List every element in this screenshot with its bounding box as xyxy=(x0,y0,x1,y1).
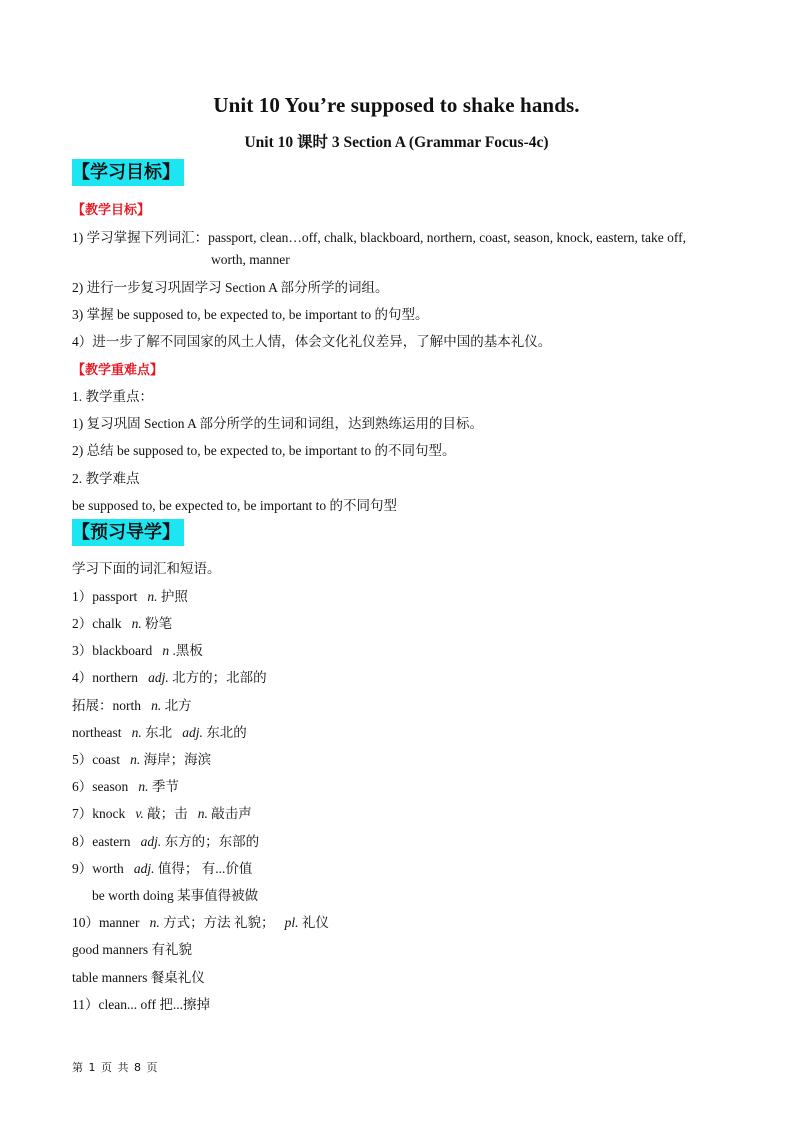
vocab-word: coast xyxy=(92,752,120,767)
vocab-item: 拓展：north n. 北方 xyxy=(72,694,192,714)
vocab-pos: adj. xyxy=(148,670,169,685)
vocab-pos-2: n. xyxy=(198,806,208,821)
vocab-item: 6）season n. 季节 xyxy=(72,775,179,795)
vocab-item: northeast n. 东北 adj. 东北的 xyxy=(72,721,247,741)
vocab-meaning: 护照 xyxy=(161,589,188,604)
vocab-meaning: 东北 xyxy=(145,725,172,740)
vocab-word: eastern xyxy=(92,834,130,849)
vocab-item: 4）northern adj. 北方的；北部的 xyxy=(72,666,267,686)
goal-item-4: 4）进一步了解不同国家的风土人情，体会文化礼仪差异，了解中国的基本礼仪。 xyxy=(72,330,551,350)
vocab-pos: v. xyxy=(135,806,143,821)
vocab-number: 2） xyxy=(72,616,92,631)
page-footer: 第 1 页 共 8 页 xyxy=(72,1059,158,1075)
key-point-4: 2. 教学难点 xyxy=(72,467,140,487)
vocab-word: north xyxy=(113,698,142,713)
vocab-number: 9） xyxy=(72,861,92,876)
vocab-item: be worth doing 某事值得被做 xyxy=(92,884,258,904)
vocab-meaning: 东方的；东部的 xyxy=(165,834,260,849)
vocab-item: 3）blackboard n .黑板 xyxy=(72,639,203,659)
vocab-meaning: 季节 xyxy=(152,779,179,794)
vocab-pos: n. xyxy=(150,915,160,930)
vocab-meaning: 某事值得被做 xyxy=(177,888,258,903)
vocab-pos: n. xyxy=(151,698,161,713)
document-subtitle: Unit 10 课时 3 Section A (Grammar Focus-4c… xyxy=(0,130,793,152)
vocab-pos: n. xyxy=(130,752,140,767)
vocab-word: worth xyxy=(92,861,124,876)
vocab-meaning: 敲；击 xyxy=(147,806,188,821)
vocab-number: 5） xyxy=(72,752,92,767)
vocab-item: table manners 餐桌礼仪 xyxy=(72,966,205,986)
vocab-word: knock xyxy=(92,806,125,821)
vocab-meaning: 北方的；北部的 xyxy=(172,670,267,685)
vocab-word: manner xyxy=(99,915,139,930)
document-title: Unit 10 You’re supposed to shake hands. xyxy=(0,93,793,118)
goal-item-1: 1) 学习掌握下列词汇：passport, clean…off, chalk, … xyxy=(72,226,686,246)
vocab-word: be worth doing xyxy=(92,888,174,903)
vocab-pos: adj. xyxy=(134,861,155,876)
vocab-meaning: 海岸；海滨 xyxy=(144,752,212,767)
document-page: Unit 10 You’re supposed to shake hands. … xyxy=(0,0,793,1122)
vocab-meaning: 北方 xyxy=(165,698,192,713)
key-point-1: 1. 教学重点： xyxy=(72,385,153,405)
vocab-word: northern xyxy=(92,670,138,685)
vocab-word: season xyxy=(92,779,128,794)
section-heading-learning-goals: 【学习目标】 xyxy=(72,159,184,186)
vocab-meaning: 方式；方法 礼貌； xyxy=(163,915,274,930)
vocab-item: 5）coast n. 海岸；海滨 xyxy=(72,748,211,768)
vocab-meaning-2: 礼仪 xyxy=(302,915,329,930)
section-heading-preview: 【预习导学】 xyxy=(72,519,184,546)
vocab-number: 7） xyxy=(72,806,92,821)
vocab-item: 7）knock v. 敲；击 n. 敲击声 xyxy=(72,802,252,822)
vocab-meaning-2: 敲击声 xyxy=(211,806,252,821)
vocab-number: 3） xyxy=(72,643,92,658)
vocab-word: clean... off xyxy=(99,997,156,1012)
vocab-meaning: 餐桌礼仪 xyxy=(151,970,205,985)
vocab-pos: n. xyxy=(147,589,157,604)
vocab-pos-2: pl. xyxy=(285,915,299,930)
key-point-2: 1) 复习巩固 Section A 部分所学的生词和词组，达到熟练运用的目标。 xyxy=(72,412,483,432)
vocab-number: 6） xyxy=(72,779,92,794)
vocab-meaning: 把...擦掉 xyxy=(159,997,210,1012)
vocab-item: 2）chalk n. 粉笔 xyxy=(72,612,172,632)
vocab-meaning: 粉笔 xyxy=(145,616,172,631)
vocab-item: 8）eastern adj. 东方的；东部的 xyxy=(72,830,259,850)
goal-item-3: 3) 掌握 be supposed to, be expected to, be… xyxy=(72,303,429,323)
vocab-meaning: .黑板 xyxy=(172,643,202,658)
vocab-word: passport xyxy=(92,589,137,604)
vocab-item: 9）worth adj. 值得； 有...价值 xyxy=(72,857,252,877)
vocab-word: northeast xyxy=(72,725,122,740)
vocab-item: 11）clean... off 把...擦掉 xyxy=(72,993,210,1013)
vocab-number: 11） xyxy=(72,997,99,1012)
vocab-number: 10） xyxy=(72,915,99,930)
vocab-meaning-2: 东北的 xyxy=(206,725,247,740)
vocab-word: table manners xyxy=(72,970,147,985)
vocab-word: good manners xyxy=(72,942,148,957)
subheading-teaching-goals: 【教学目标】 xyxy=(72,199,150,218)
vocab-meaning: 有礼貌 xyxy=(151,942,192,957)
vocab-meaning: 值得； 有...价值 xyxy=(158,861,253,876)
vocab-number: 8） xyxy=(72,834,92,849)
vocab-pos: adj. xyxy=(141,834,162,849)
goal-item-2: 2) 进行一步复习巩固学习 Section A 部分所学的词组。 xyxy=(72,276,389,296)
preview-intro: 学习下面的词汇和短语。 xyxy=(72,557,221,577)
vocab-word: blackboard xyxy=(92,643,152,658)
vocab-number: 拓展： xyxy=(72,698,113,713)
vocab-pos-2: adj. xyxy=(182,725,203,740)
vocab-item: 1）passport n. 护照 xyxy=(72,585,188,605)
vocab-number: 1） xyxy=(72,589,92,604)
vocab-word: chalk xyxy=(92,616,121,631)
goal-item-1-cont: worth, manner xyxy=(211,252,290,268)
key-point-3: 2) 总结 be supposed to, be expected to, be… xyxy=(72,439,456,459)
key-point-5: be supposed to, be expected to, be impor… xyxy=(72,494,397,514)
vocab-pos: n. xyxy=(132,616,142,631)
vocab-pos: n. xyxy=(138,779,148,794)
vocab-number: 4） xyxy=(72,670,92,685)
vocab-item: 10）manner n. 方式；方法 礼貌； pl. 礼仪 xyxy=(72,911,329,931)
vocab-pos: n. xyxy=(132,725,142,740)
vocab-item: good manners 有礼貌 xyxy=(72,938,192,958)
subheading-key-points: 【教学重难点】 xyxy=(72,359,163,378)
